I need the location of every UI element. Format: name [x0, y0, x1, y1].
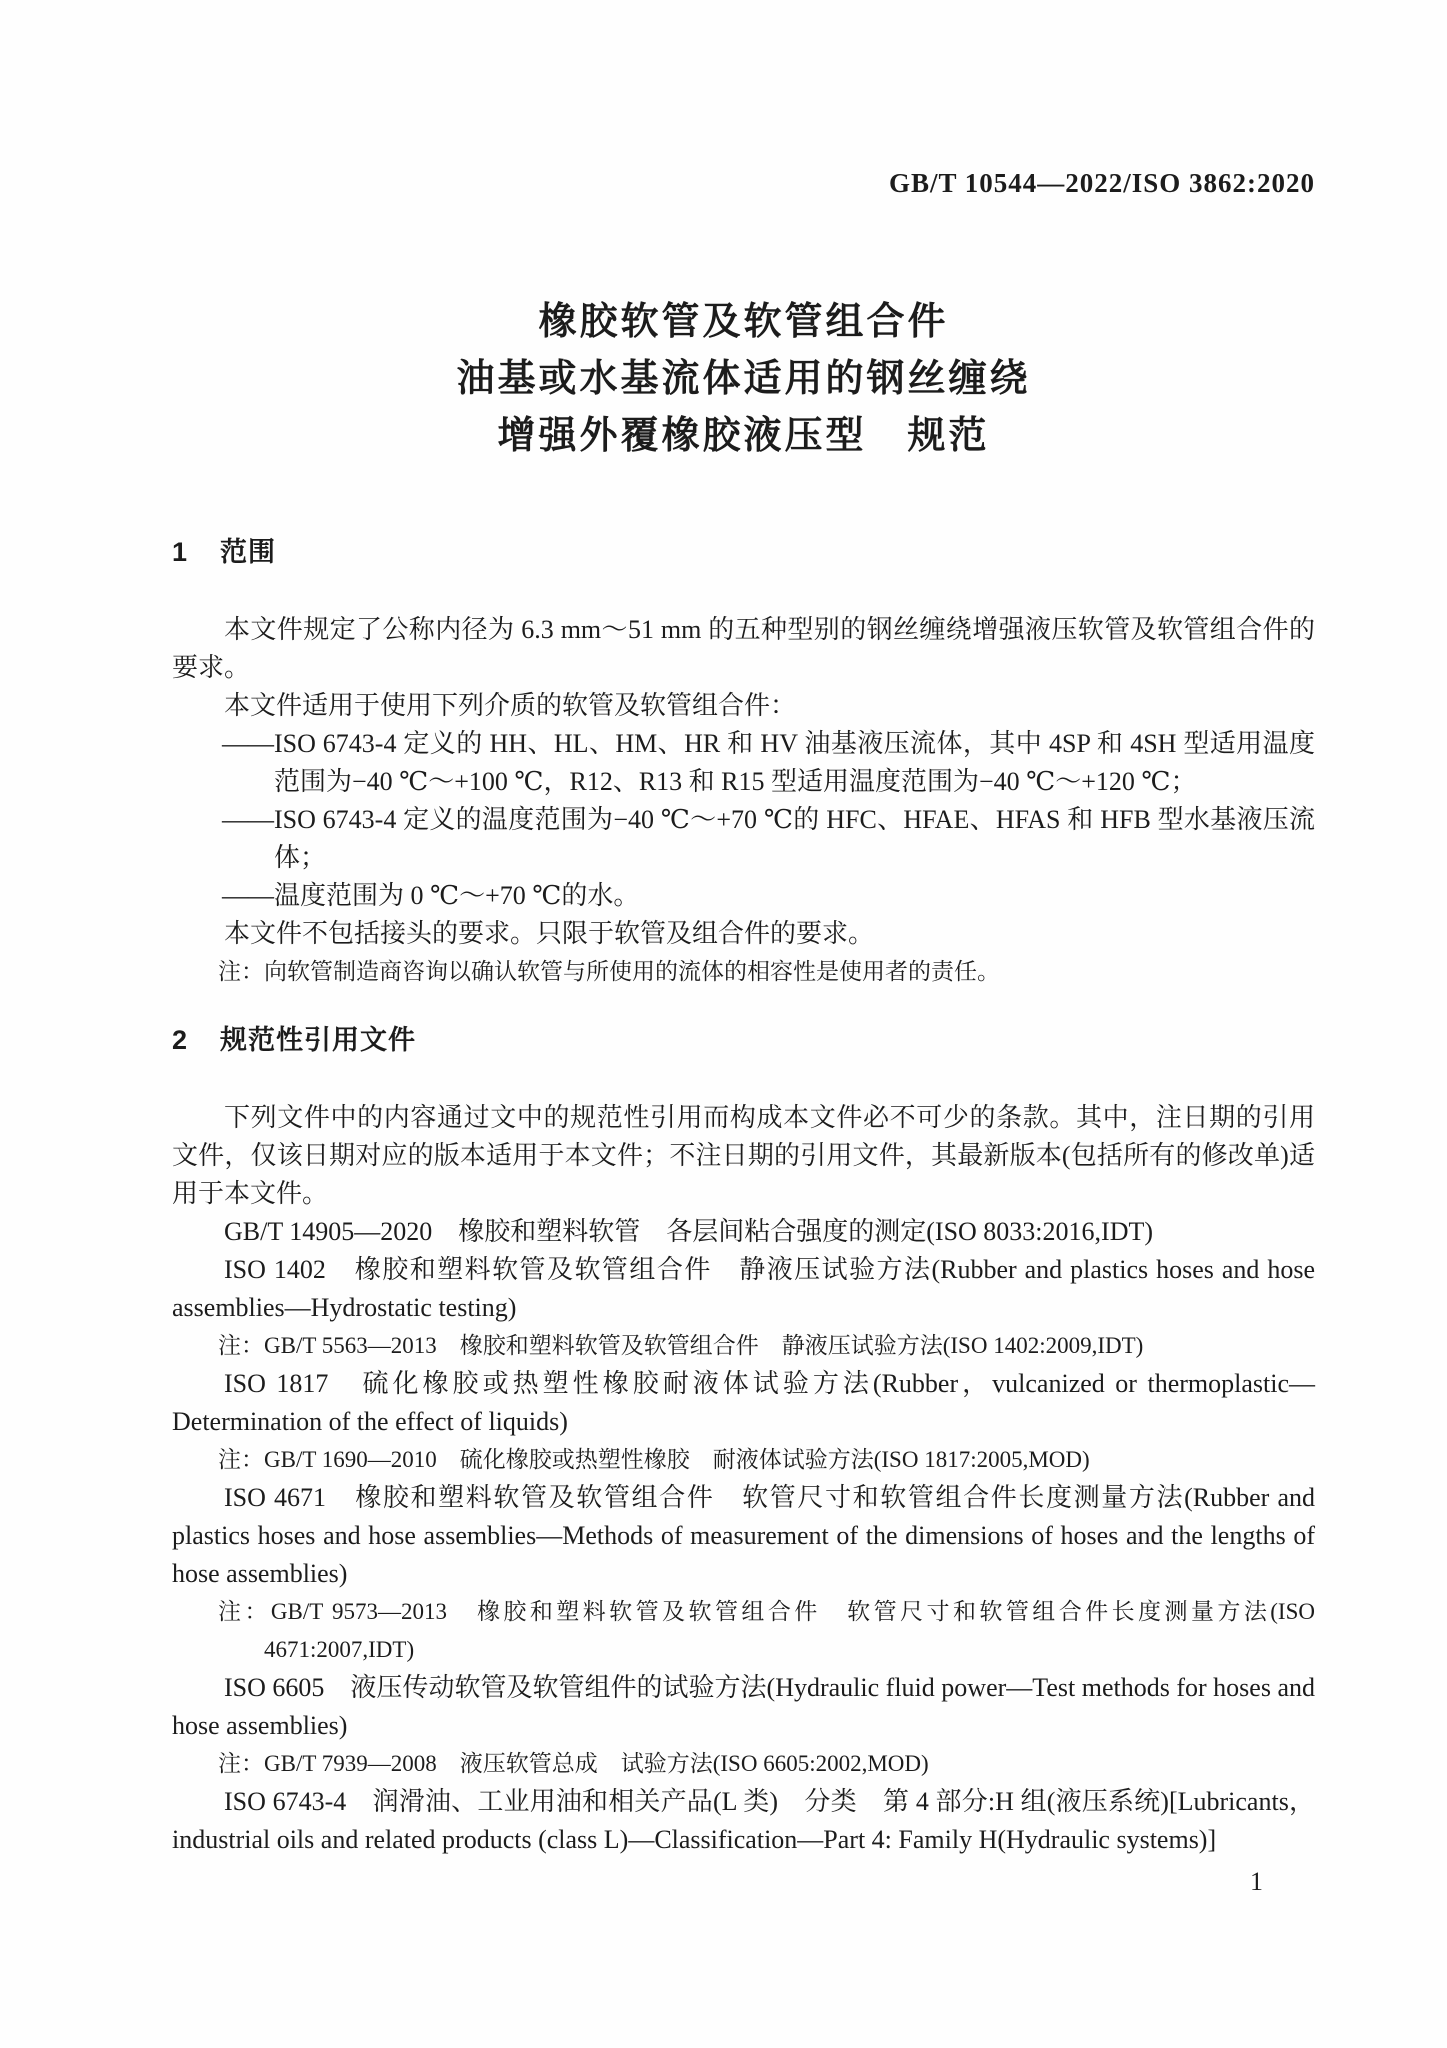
document-title-line-2: 油基或水基流体适用的钢丝缠绕 — [172, 351, 1315, 408]
document-title: 橡胶软管及软管组合件 油基或水基流体适用的钢丝缠绕 增强外覆橡胶液压型 规范 — [172, 294, 1315, 465]
dash-list-item: ——ISO 6743-4 定义的 HH、HL、HM、HR 和 HV 油基液压流体… — [222, 725, 1315, 801]
reference-entry: ISO 6743-4 润滑油、工业用油和相关产品(L 类) 分类 第 4 部分:… — [172, 1783, 1315, 1859]
standard-document-page: GB/T 10544—2022/ISO 3862:2020 橡胶软管及软管组合件… — [0, 0, 1447, 2048]
reference-entry: GB/T 14905—2020 橡胶和塑料软管 各层间粘合强度的测定(ISO 8… — [172, 1213, 1315, 1251]
reference-entry: ISO 1402 橡胶和塑料软管及软管组合件 静液压试验方法(Rubber an… — [172, 1251, 1315, 1327]
note: 注：GB/T 1690—2010 硫化橡胶或热塑性橡胶 耐液体试验方法(ISO … — [172, 1441, 1315, 1479]
paragraph: 本文件不包括接头的要求。只限于软管及组合件的要求。 — [172, 915, 1315, 953]
document-title-line-3: 增强外覆橡胶液压型 规范 — [172, 408, 1315, 465]
reference-entry: ISO 4671 橡胶和塑料软管及软管组合件 软管尺寸和软管组合件长度测量方法(… — [172, 1479, 1315, 1593]
section-number: 1 — [172, 535, 188, 569]
note: 注：GB/T 9573—2013 橡胶和塑料软管及软管组合件 软管尺寸和软管组合… — [172, 1593, 1315, 1669]
page-number: 1 — [172, 1867, 1315, 1897]
paragraph: 下列文件中的内容通过文中的规范性引用而构成本文件必不可少的条款。其中，注日期的引… — [172, 1099, 1315, 1213]
note: 注：GB/T 7939—2008 液压软管总成 试验方法(ISO 6605:20… — [172, 1745, 1315, 1783]
section-heading: 1范围 — [172, 535, 1315, 569]
section-heading: 2规范性引用文件 — [172, 1023, 1315, 1057]
section-body: 本文件规定了公称内径为 6.3 mm～51 mm 的五种型别的钢丝缠绕增强液压软… — [172, 611, 1315, 991]
paragraph: 本文件适用于使用下列介质的软管及软管组合件： — [172, 687, 1315, 725]
dash-list-item: ——温度范围为 0 ℃～+70 ℃的水。 — [222, 877, 1315, 915]
section-normative-references: 2规范性引用文件 下列文件中的内容通过文中的规范性引用而构成本文件必不可少的条款… — [172, 1023, 1315, 1859]
section-number: 2 — [172, 1023, 188, 1057]
document-title-line-1: 橡胶软管及软管组合件 — [172, 294, 1315, 351]
note: 注：向软管制造商咨询以确认软管与所使用的流体的相容性是使用者的责任。 — [172, 953, 1315, 991]
dash-list-item: ——ISO 6743-4 定义的温度范围为−40 ℃～+70 ℃的 HFC、HF… — [222, 801, 1315, 877]
section-body: 下列文件中的内容通过文中的规范性引用而构成本文件必不可少的条款。其中，注日期的引… — [172, 1099, 1315, 1859]
paragraph: 本文件规定了公称内径为 6.3 mm～51 mm 的五种型别的钢丝缠绕增强液压软… — [172, 611, 1315, 687]
reference-entry: ISO 1817 硫化橡胶或热塑性橡胶耐液体试验方法(Rubber，vulcan… — [172, 1365, 1315, 1441]
reference-entry: ISO 6605 液压传动软管及软管组件的试验方法(Hydraulic flui… — [172, 1669, 1315, 1745]
section-heading-text: 范围 — [220, 537, 276, 567]
section-heading-text: 规范性引用文件 — [220, 1025, 416, 1055]
section-scope: 1范围 本文件规定了公称内径为 6.3 mm～51 mm 的五种型别的钢丝缠绕增… — [172, 535, 1315, 991]
note: 注：GB/T 5563—2013 橡胶和塑料软管及软管组合件 静液压试验方法(I… — [172, 1327, 1315, 1365]
standard-code-header: GB/T 10544—2022/ISO 3862:2020 — [172, 168, 1315, 198]
